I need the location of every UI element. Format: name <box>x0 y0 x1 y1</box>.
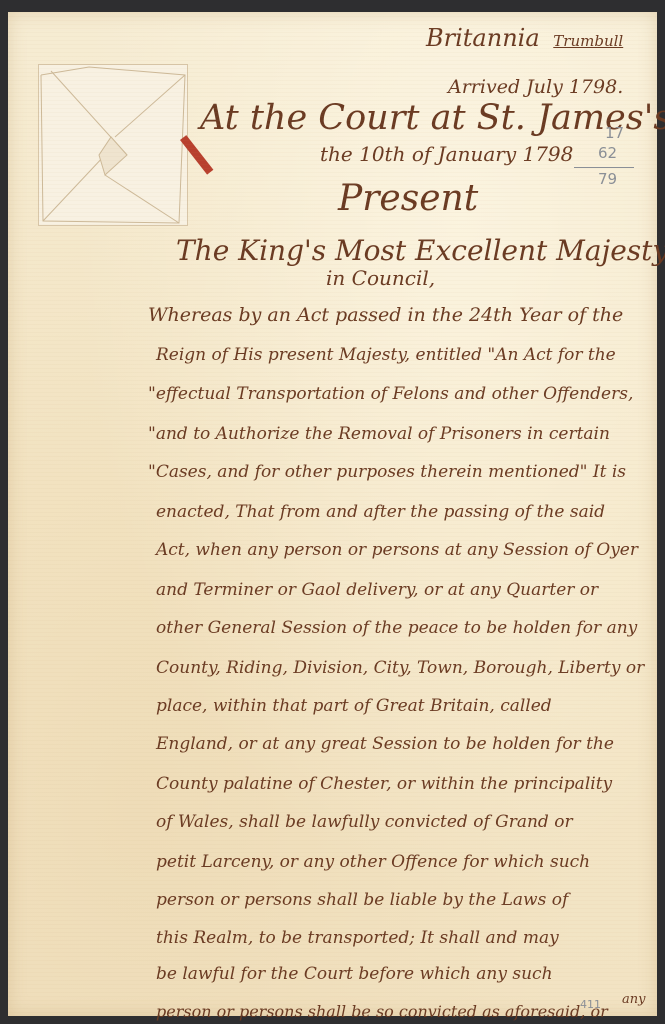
tally-rule <box>574 167 634 168</box>
body-line: place, within that part of Great Britain… <box>156 696 552 716</box>
arrival-note: Arrived July 1798. <box>448 76 623 98</box>
tally-middle: 62 <box>598 144 617 162</box>
ship-note-name: Trumbull <box>553 32 623 50</box>
body-line: County palatine of Chester, or within th… <box>156 774 612 794</box>
king-line: The King's Most Excellent Majesty <box>176 234 665 267</box>
body-line: this Realm, to be transported; It shall … <box>156 928 559 948</box>
body-line: "and to Authorize the Removal of Prisone… <box>148 424 610 444</box>
body-line: person or persons shall be so convicted … <box>156 1002 608 1021</box>
manuscript-page: Britannia Trumbull Arrived July 1798. At… <box>8 12 657 1016</box>
body-line: England, or at any great Session to be h… <box>156 734 614 754</box>
tally-top: 17 <box>605 124 624 142</box>
date-line: the 10th of January 1798 <box>320 142 573 166</box>
body-line: enacted, That from and after the passing… <box>156 502 605 522</box>
folio-number: 411 <box>580 998 601 1011</box>
council-line: in Council, <box>326 266 435 290</box>
tally-total: 79 <box>598 170 617 188</box>
court-heading: At the Court at St. James's <box>200 98 665 138</box>
catchword: any <box>622 992 645 1007</box>
body-line: "effectual Transportation of Felons and … <box>148 384 633 404</box>
ship-note: Britannia Trumbull <box>426 24 623 52</box>
body-line: County, Riding, Division, City, Town, Bo… <box>156 658 644 678</box>
body-line: petit Larceny, or any other Offence for … <box>156 852 590 872</box>
body-line: be lawful for the Court before which any… <box>156 964 553 984</box>
present-heading: Present <box>338 178 478 219</box>
body-line: Reign of His present Majesty, entitled "… <box>156 345 616 365</box>
body-line: and Terminer or Gaol delivery, or at any… <box>156 580 598 600</box>
body-line: Whereas by an Act passed in the 24th Yea… <box>148 304 623 326</box>
body-line: Act, when any person or persons at any S… <box>156 540 638 560</box>
body-line: of Wales, shall be lawfully convicted of… <box>156 812 573 832</box>
folded-envelope-icon <box>38 64 188 226</box>
body-line: person or persons shall be liable by the… <box>156 890 568 910</box>
body-line: "Cases, and for other purposes therein m… <box>148 462 626 482</box>
body-line: other General Session of the peace to be… <box>156 618 637 638</box>
